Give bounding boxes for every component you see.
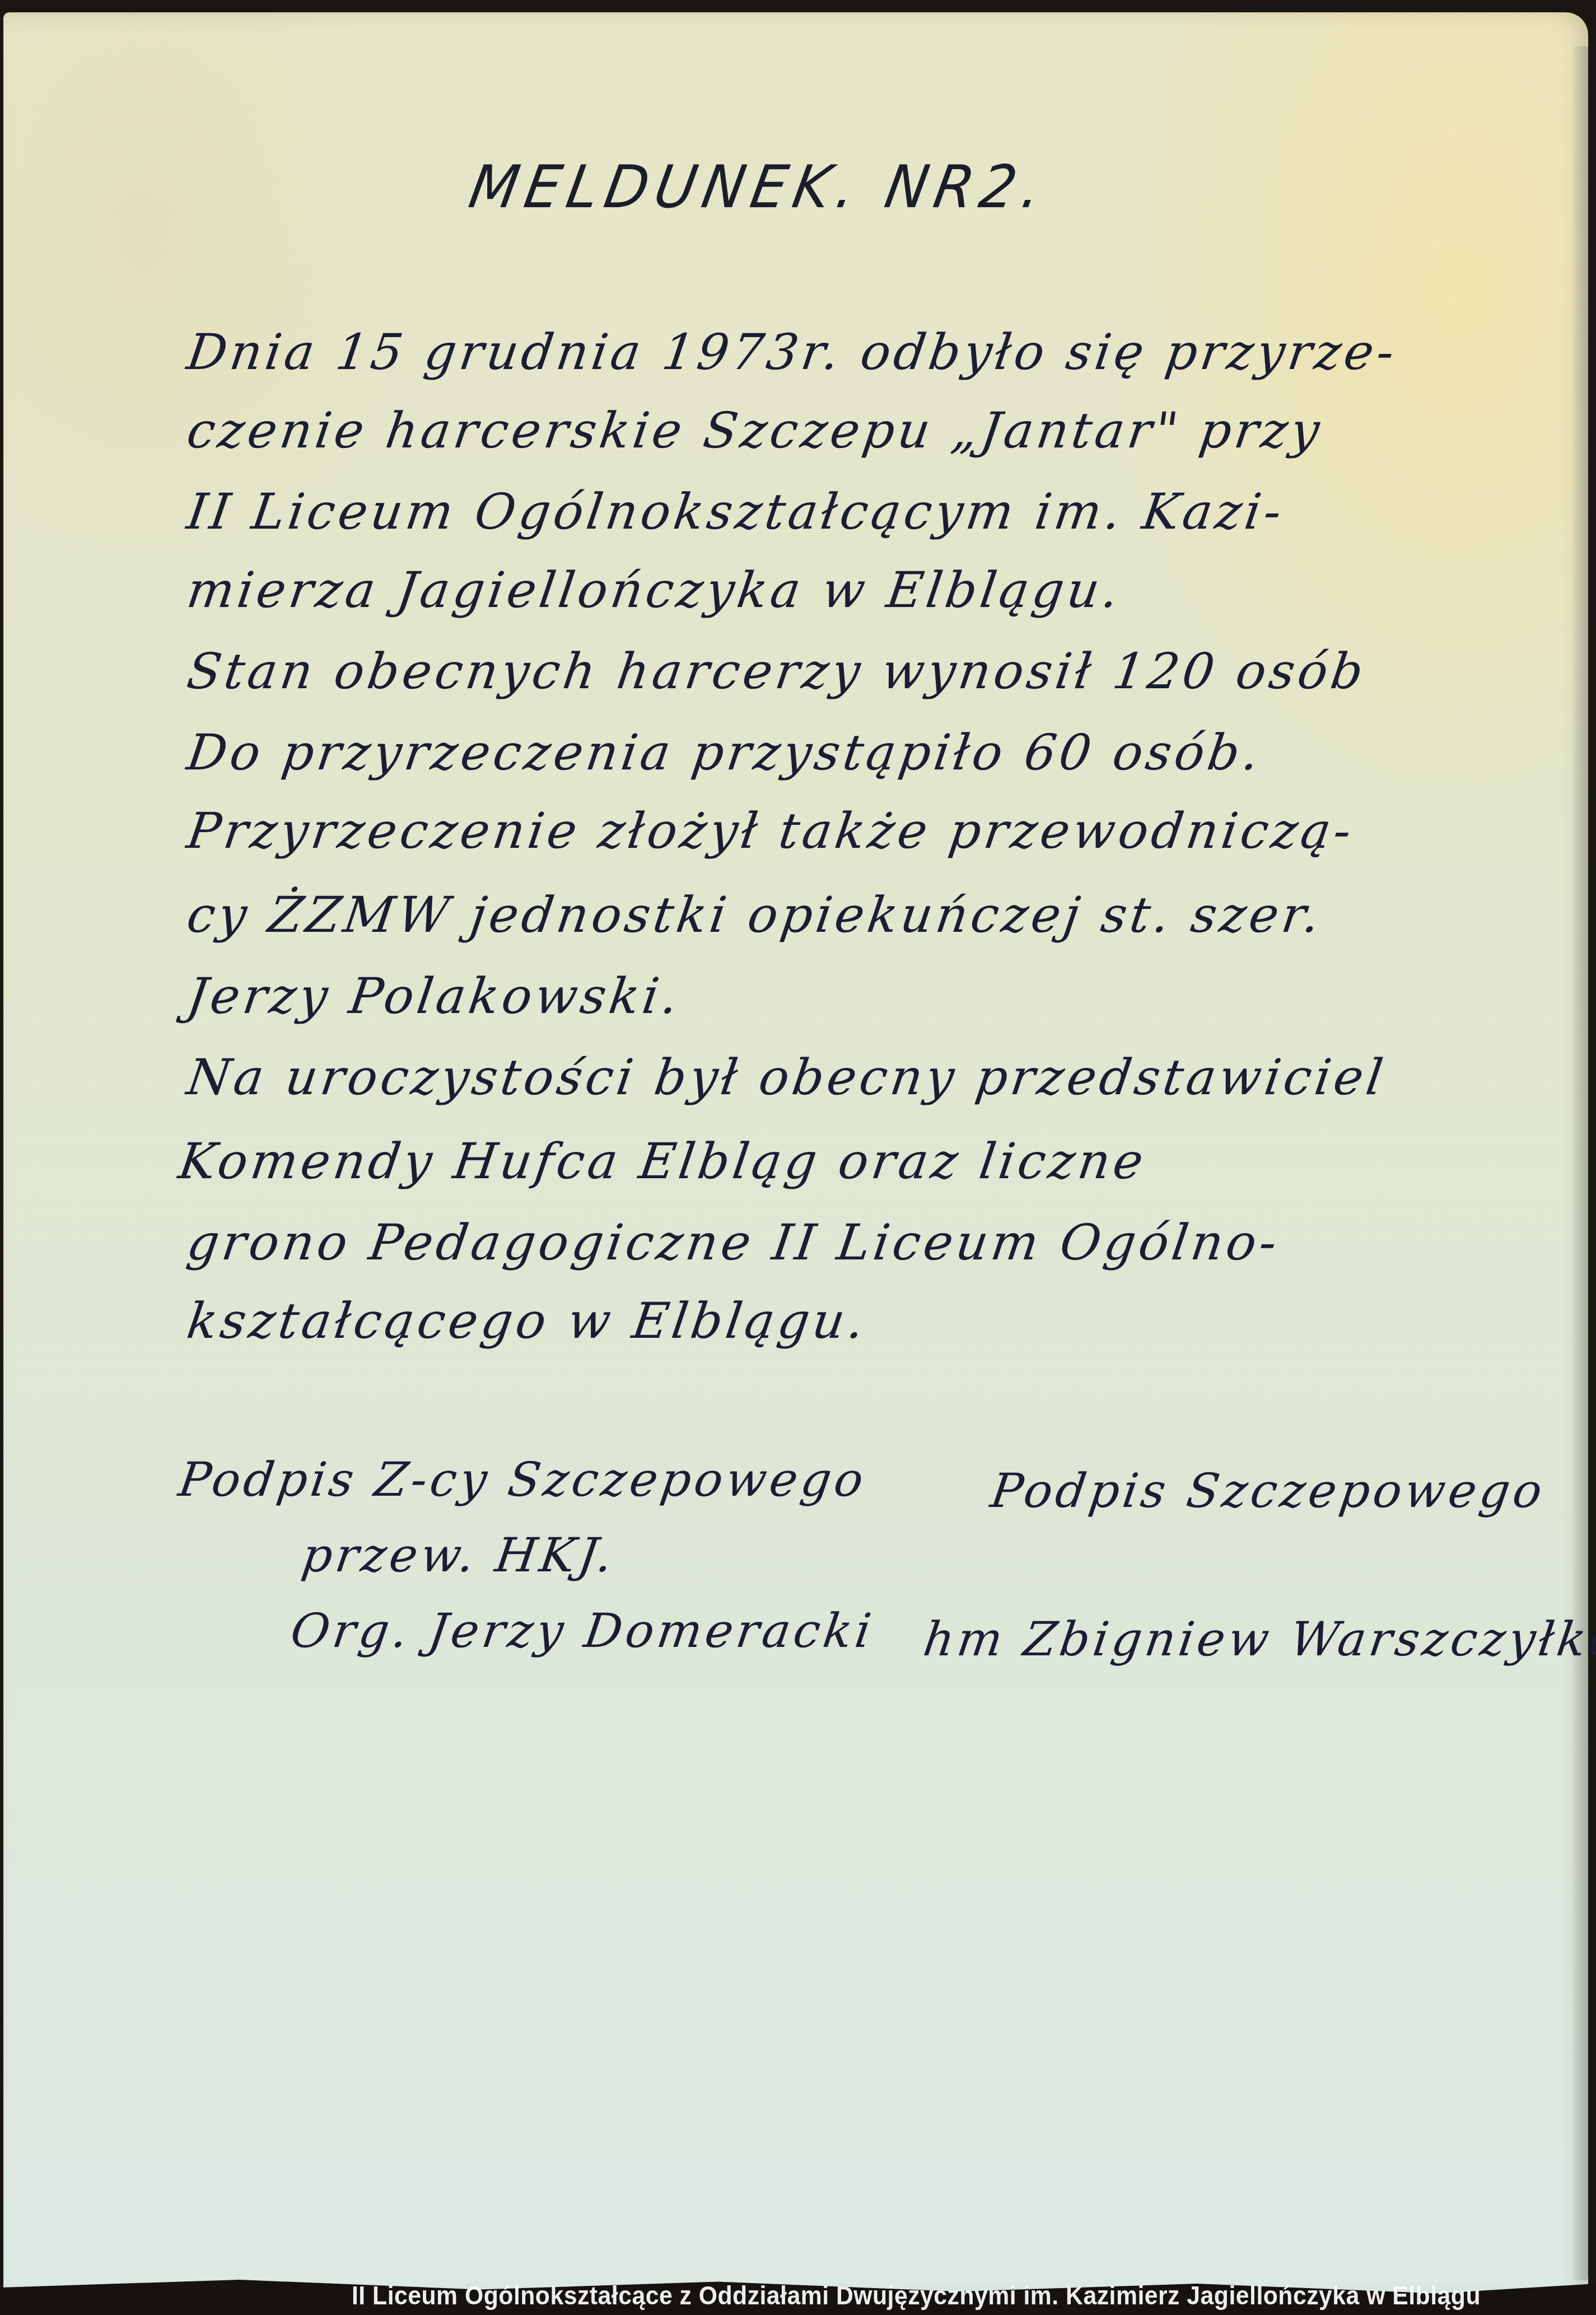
body-line: Przyrzeczenie złożył także przewodniczą- bbox=[184, 806, 1357, 856]
body-line: II Liceum Ogólnokształcącym im. Kazi- bbox=[184, 487, 1288, 536]
body-line: Jerzy Polakowski. bbox=[184, 972, 684, 1021]
document-photo: MELDUNEK. NR2. Dnia 15 grudnia 1973r. od… bbox=[0, 0, 1596, 2315]
page-edge bbox=[1571, 46, 1588, 2280]
body-line: grono Pedagogiczne II Liceum Ogólno- bbox=[184, 1218, 1283, 1267]
body-line: cy ŻZMW jednostki opiekuńczej st. szer. bbox=[184, 890, 1326, 940]
body-line: Dnia 15 grudnia 1973r. odbyło się przyrz… bbox=[184, 328, 1401, 377]
signature-name-right: hm Zbigniew Warszczyłko. bbox=[921, 1616, 1596, 1663]
body-line: czenie harcerskie Szczepu „Jantar" przy bbox=[184, 406, 1326, 455]
body-line: Na uroczystości był obecny przedstawicie… bbox=[184, 1053, 1389, 1102]
body-line: Do przyrzeczenia przystąpiło 60 osób. bbox=[184, 728, 1266, 777]
signature-heading-right: Podpis Szczepowego bbox=[988, 1467, 1548, 1514]
body-line: mierza Jagiellończyka w Elblągu. bbox=[184, 566, 1125, 615]
body-line: Stan obecnych harcerzy wynosił 120 osób bbox=[184, 647, 1370, 696]
watermark-caption: II Liceum Ogólnokształcące z Oddziałami … bbox=[352, 2280, 1481, 2311]
document-title: MELDUNEK. NR2. bbox=[464, 152, 1053, 221]
signature-name-left: Org. Jerzy Domeracki bbox=[288, 1607, 877, 1654]
body-line: Komendy Hufca Elbląg oraz liczne bbox=[176, 1137, 1150, 1186]
signature-rank-left: przew. HKJ. bbox=[299, 1532, 619, 1579]
signature-heading-left: Podpis Z-cy Szczepowego bbox=[176, 1456, 870, 1503]
body-line: kształcącego w Elblągu. bbox=[184, 1296, 871, 1346]
